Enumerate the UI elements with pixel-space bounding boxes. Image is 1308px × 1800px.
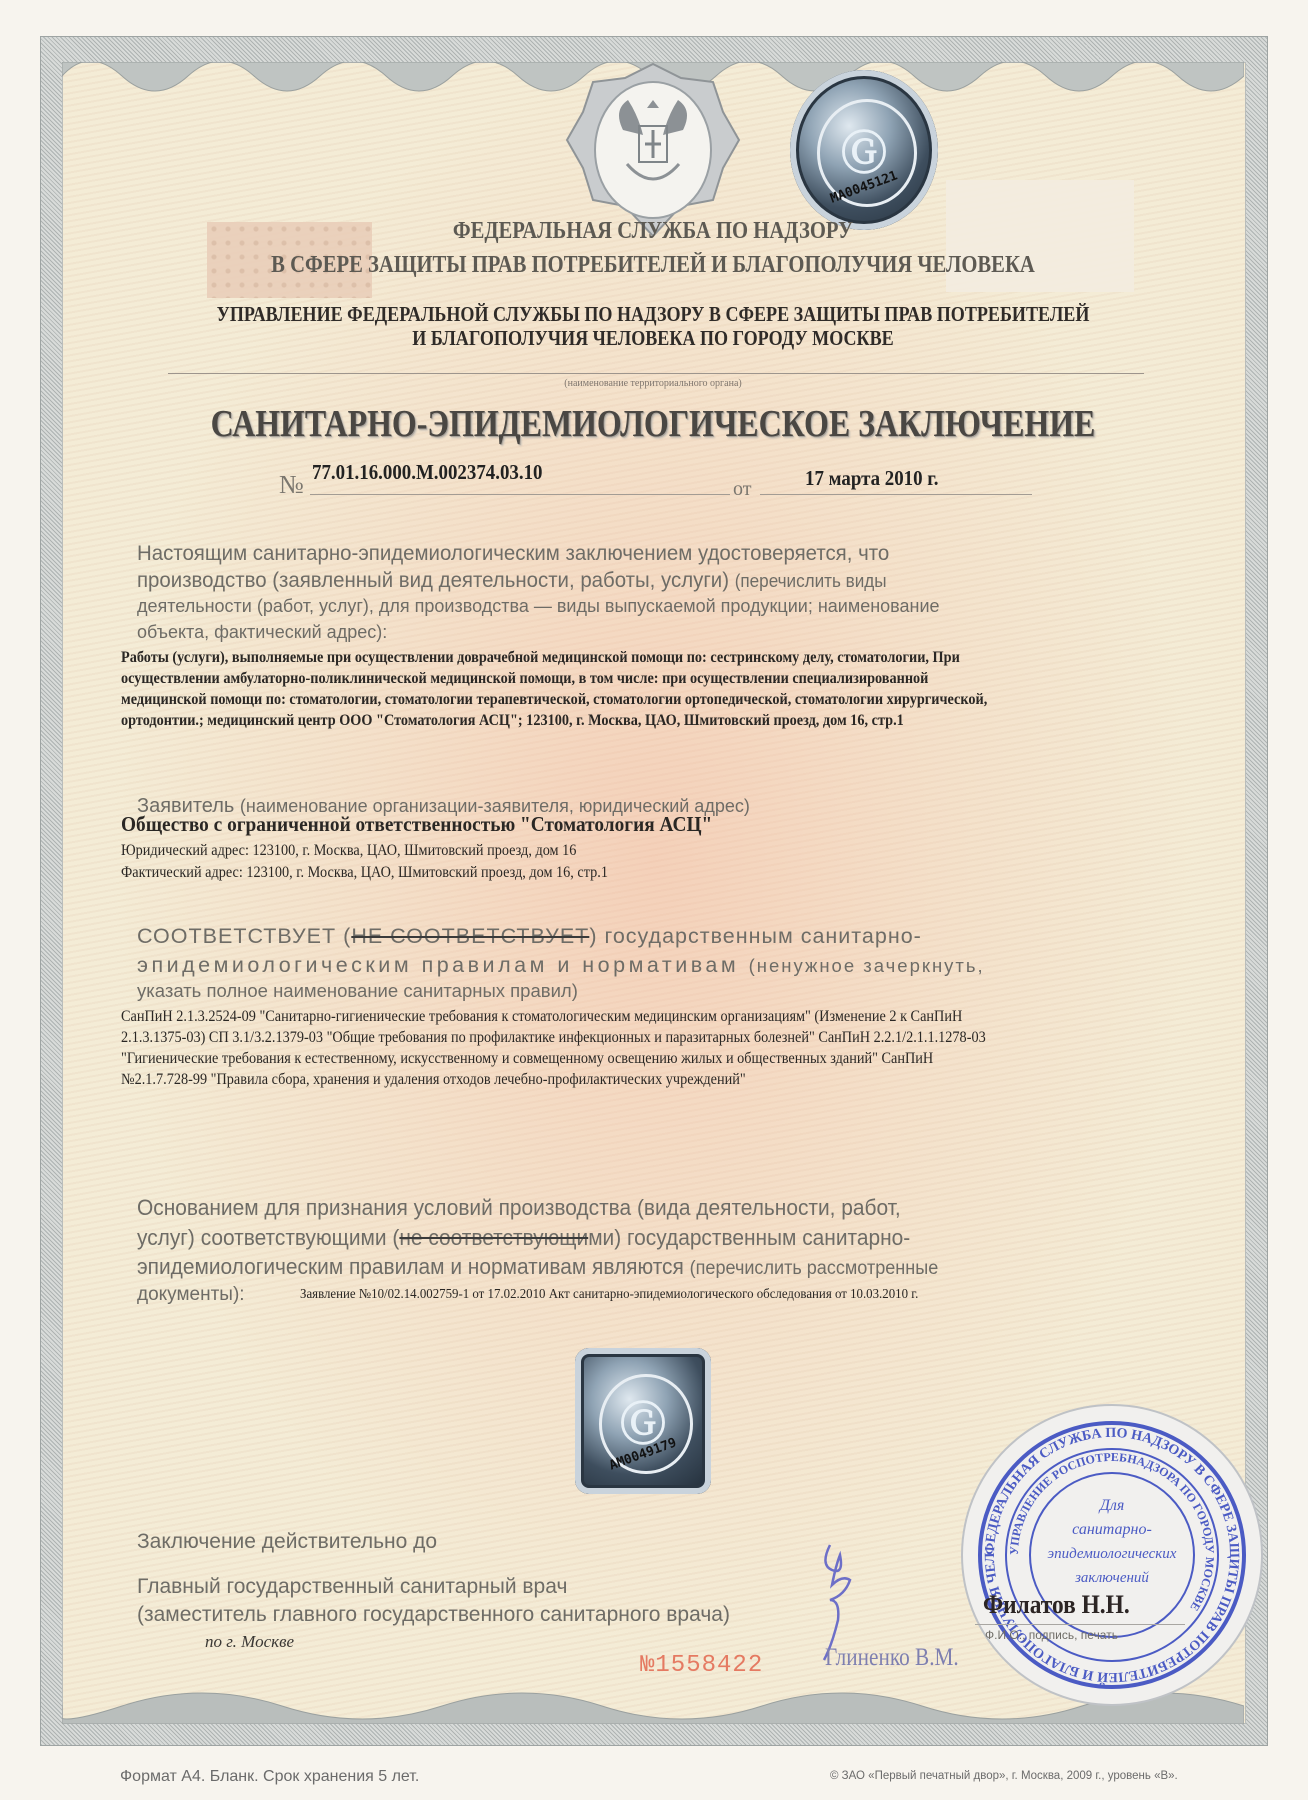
works-line3: медицинской помощи по: стоматологии, сто… <box>121 689 987 710</box>
validity-label: Заключение действительно до <box>137 1530 437 1554</box>
compliance-struck-option: НЕ СООТВЕТСТВУЕТ <box>351 924 589 948</box>
number-blank-line <box>310 494 730 495</box>
agency-name-line1: ФЕДЕРАЛЬНАЯ СЛУЖБА ПО НАДЗОРУ <box>145 218 1162 245</box>
compliance-line2-text: эпидемиологическим правилам и нормативам <box>137 953 739 977</box>
compliance-line1: СООТВЕТСТВУЕТ (НЕ СООТВЕТСТВУЕТ) государ… <box>137 924 922 949</box>
position-line1: Главный государственный санитарный врач <box>137 1575 567 1599</box>
number-label: № <box>279 470 304 500</box>
region-label: по г. Москве <box>205 1632 294 1652</box>
intro-line3: деятельности (работ, услуг), для произво… <box>137 596 940 617</box>
document-number: 77.01.16.000.М.002374.03.10 <box>312 460 542 485</box>
agency-name-line2: В СФЕРЕ ЗАЩИТЫ ПРАВ ПОТРЕБИТЕЛЕЙ И БЛАГО… <box>145 252 1162 279</box>
intro-line1: Настоящим санитарно-эпидемиологическим з… <box>137 540 1116 567</box>
works-line1: Работы (услуги), выполняемые при осущест… <box>121 647 960 668</box>
document-title: САНИТАРНО-ЭПИДЕМИОЛОГИЧЕСКОЕ ЗАКЛЮЧЕНИЕ <box>157 402 1150 446</box>
department-underline <box>168 373 1144 374</box>
official-round-stamp-icon: ФЕДЕРАЛЬНАЯ СЛУЖБА ПО НАДЗОРУ В СФЕРЕ ЗА… <box>957 1400 1267 1710</box>
svg-text:санитарно-: санитарно- <box>1072 1521 1152 1538</box>
coat-of-arms-emblem-icon <box>563 60 743 240</box>
date-label: от <box>733 478 751 501</box>
certificate-page: Ⓖ MA0045121 ФЕДЕРАЛЬНАЯ СЛУЖБА ПО НАДЗОР… <box>0 0 1308 1800</box>
compliance-line2-hint: (ненужное зачеркнуть, <box>749 955 985 976</box>
basis-line3: эпидемиологическим правилам и нормативам… <box>137 1254 938 1280</box>
svg-text:заключений: заключений <box>1074 1570 1149 1586</box>
rules-line3: "Гигиенические требования к естественном… <box>121 1048 933 1070</box>
compliance-line1-tail: ) государственным санитарно- <box>589 924 922 948</box>
applicant-actual-address: Фактический адрес: 123100, г. Москва, ЦА… <box>121 862 608 884</box>
intro-line2-hint: (перечислить виды <box>735 571 887 591</box>
basis-line3-hint: (перечислить рассмотренные <box>690 1258 939 1279</box>
rules-line4: №2.1.7.728-99 "Правила сбора, хранения и… <box>121 1069 746 1091</box>
basis-line1: Основанием для признания условий произво… <box>137 1195 901 1221</box>
hologram-sticker-bottom: Ⓖ AM0049179 <box>575 1348 711 1494</box>
applicant-legal-address: Юридический адрес: 123100, г. Москва, ЦА… <box>121 840 576 862</box>
svg-text:эпидемиологических: эпидемиологических <box>1048 1546 1177 1562</box>
rules-line2: 2.1.3.1375-03) СП 3.1/3.2.1379-03 "Общие… <box>121 1027 986 1049</box>
basis-line3-text: эпидемиологическим правилам и нормативам… <box>137 1254 684 1279</box>
document-date: 17 марта 2010 г. <box>805 466 938 491</box>
works-line2: осуществлении амбулаторно-поликлиническо… <box>121 668 928 689</box>
fio-underline <box>975 1624 1185 1625</box>
basis-struck-option: не соответствующи <box>399 1225 588 1250</box>
fio-caption: Ф.И.О., подпись, печать <box>985 1628 1118 1642</box>
intro-line2: производство (заявленный вид деятельност… <box>137 567 887 595</box>
rules-line1: СанПиН 2.1.3.2524-09 "Санитарно-гигиенич… <box>121 1006 962 1028</box>
intro-line4: объекта, фактический адрес): <box>137 622 387 643</box>
signer-name-stamped: Глиненко В.М. <box>825 1644 959 1672</box>
stamp-signer-name: Филатов Н.Н. <box>983 1590 1130 1620</box>
blank-serial-number: №1558422 <box>640 1652 763 1679</box>
applicant-name: Общество с ограниченной ответственностью… <box>121 812 712 837</box>
svg-text:Для: Для <box>1098 1497 1125 1514</box>
footer-format-note: Формат А4. Бланк. Срок хранения 5 лет. <box>120 1768 419 1786</box>
basis-line2: услуг) соответствующими (не соответствую… <box>137 1225 910 1251</box>
position-line2: (заместитель главного государственного с… <box>137 1603 730 1627</box>
basis-line2-start: услуг) соответствующими ( <box>137 1225 399 1250</box>
department-caption: (наименование территориального органа) <box>62 378 1244 389</box>
basis-documents: Заявление №10/02.14.002759-1 от 17.02.20… <box>300 1287 918 1303</box>
compliance-status: СООТВЕТСТВУЕТ <box>137 924 336 948</box>
basis-line2-tail: ми) государственным санитарно- <box>588 1225 910 1250</box>
compliance-line2: эпидемиологическим правилам и нормативам… <box>137 953 985 978</box>
basis-line4-hint: документы): <box>137 1284 245 1306</box>
hologram-sticker-top: Ⓖ MA0045121 <box>790 70 938 230</box>
intro-line2-text: производство (заявленный вид деятельност… <box>137 568 729 592</box>
works-line4: ортодонтии.; медицинский центр ООО "Стом… <box>121 710 904 731</box>
footer-printer-note: © ЗАО «Первый печатный двор», г. Москва,… <box>830 1770 1178 1782</box>
department-name-line1: УПРАВЛЕНИЕ ФЕДЕРАЛЬНОЙ СЛУЖБЫ ПО НАДЗОРУ… <box>145 302 1162 327</box>
department-name-line2: И БЛАГОПОЛУЧИЯ ЧЕЛОВЕКА ПО ГОРОДУ МОСКВЕ <box>145 326 1162 351</box>
date-blank-line <box>760 494 1032 495</box>
compliance-line3-hint: указать полное наименование санитарных п… <box>137 980 578 1002</box>
